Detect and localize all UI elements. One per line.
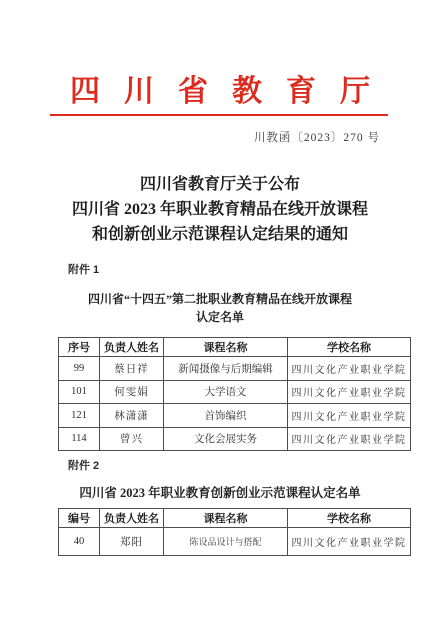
attachment2-label: 附件 2 — [68, 457, 99, 473]
column-header: 课程名称 — [164, 338, 288, 357]
table-cell: 蔡日祥 — [100, 357, 164, 381]
table-cell: 大学语文 — [164, 380, 288, 404]
column-header: 学校名称 — [288, 509, 411, 528]
column-header: 课程名称 — [164, 509, 288, 528]
table-row: 121林潇潇首饰编织四川文化产业职业学院 — [59, 404, 411, 428]
document-title-line2: 四川省 2023 年职业教育精品在线开放课程 — [0, 197, 440, 222]
attachment1-label: 附件 1 — [68, 261, 99, 277]
table-cell: 曾兴 — [100, 427, 164, 451]
table-row: 114曾兴文化会展实务四川文化产业职业学院 — [59, 427, 411, 451]
table-cell: 121 — [59, 404, 100, 428]
table-cell: 四川文化产业职业学院 — [288, 427, 411, 451]
table-cell: 文化会展实务 — [164, 427, 288, 451]
table-cell: 林潇潇 — [100, 404, 164, 428]
column-header: 学校名称 — [288, 338, 411, 357]
table-cell: 新闻摄像与后期编辑 — [164, 357, 288, 381]
table-header-row: 编号负责人姓名课程名称学校名称 — [59, 509, 411, 528]
attachment2-table-title: 四川省 2023 年职业教育创新创业示范课程认定名单 — [0, 484, 440, 502]
red-divider-line — [50, 114, 388, 116]
table-row: 99蔡日祥新闻摄像与后期编辑四川文化产业职业学院 — [59, 357, 411, 381]
table-cell: 四川文化产业职业学院 — [288, 528, 411, 556]
document-page: 四川省教育厅 川教函〔2023〕270 号 四川省教育厅关于公布 四川省 202… — [0, 0, 440, 625]
agency-title: 四川省教育厅 — [0, 66, 440, 110]
document-number: 川教函〔2023〕270 号 — [254, 129, 380, 145]
document-title-line3: 和创新创业示范课程认定结果的通知 — [0, 222, 440, 247]
table-cell: 四川文化产业职业学院 — [288, 380, 411, 404]
attachment1-course-table: 序号负责人姓名课程名称学校名称99蔡日祥新闻摄像与后期编辑四川文化产业职业学院1… — [58, 337, 411, 451]
attachment2-course-table: 编号负责人姓名课程名称学校名称40郑阳陈设品设计与搭配四川文化产业职业学院 — [58, 508, 411, 556]
column-header: 负责人姓名 — [100, 338, 164, 357]
table-row: 101何雯娟大学语文四川文化产业职业学院 — [59, 380, 411, 404]
column-header: 负责人姓名 — [100, 509, 164, 528]
table-header-row: 序号负责人姓名课程名称学校名称 — [59, 338, 411, 357]
attachment1-table-title-line2: 认定名单 — [0, 308, 440, 326]
table-cell: 陈设品设计与搭配 — [164, 528, 288, 556]
table-row: 40郑阳陈设品设计与搭配四川文化产业职业学院 — [59, 528, 411, 556]
table-cell: 何雯娟 — [100, 380, 164, 404]
document-title: 四川省教育厅关于公布 四川省 2023 年职业教育精品在线开放课程 和创新创业示… — [0, 172, 440, 247]
attachment1-table-title-line1: 四川省“十四五”第二批职业教育精品在线开放课程 — [0, 290, 440, 308]
table-cell: 40 — [59, 528, 100, 556]
table-cell: 四川文化产业职业学院 — [288, 404, 411, 428]
table-cell: 101 — [59, 380, 100, 404]
table-cell: 四川文化产业职业学院 — [288, 357, 411, 381]
table-cell: 114 — [59, 427, 100, 451]
table-cell: 郑阳 — [100, 528, 164, 556]
document-title-line1: 四川省教育厅关于公布 — [0, 172, 440, 197]
column-header: 序号 — [59, 338, 100, 357]
column-header: 编号 — [59, 509, 100, 528]
attachment1-table-title: 四川省“十四五”第二批职业教育精品在线开放课程 认定名单 — [0, 290, 440, 326]
table-cell: 99 — [59, 357, 100, 381]
table-cell: 首饰编织 — [164, 404, 288, 428]
